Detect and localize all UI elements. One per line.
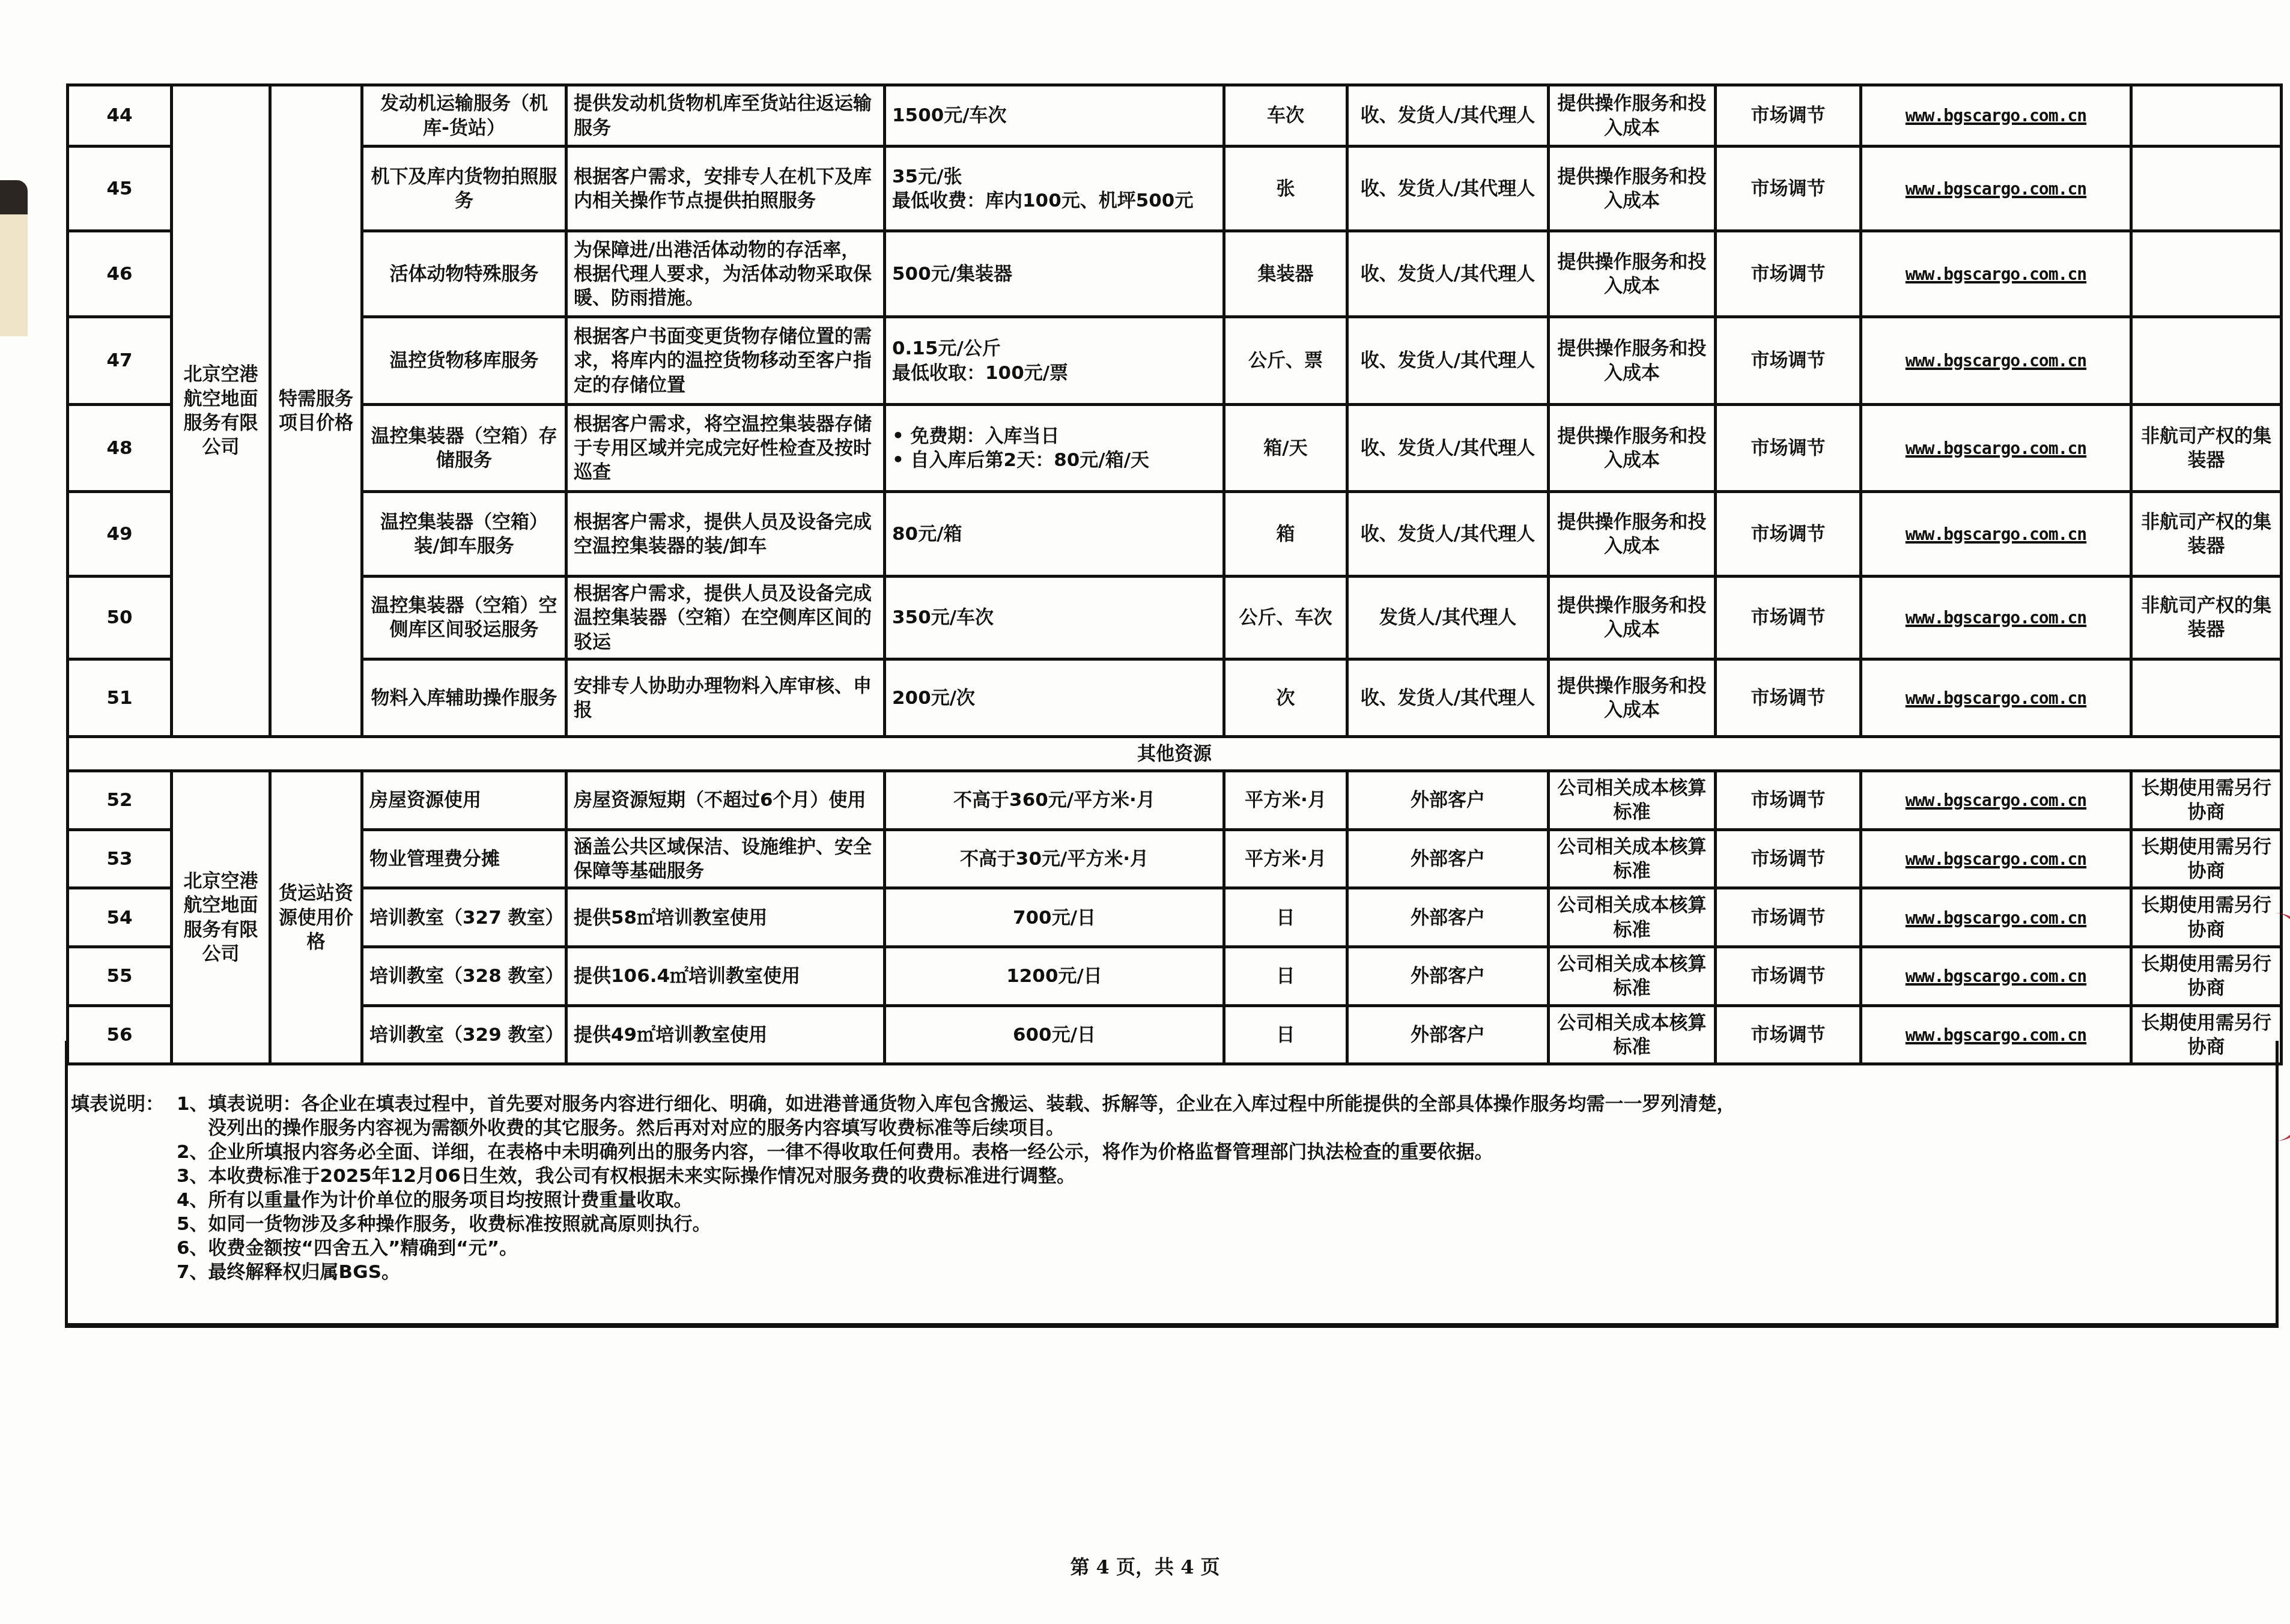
- remark: [2131, 317, 2282, 405]
- note-text: 1、填表说明：各企业在填表过程中，首先要对服务内容进行细化、明确，如进港普通货物…: [177, 1093, 1736, 1115]
- billing-unit: 公斤、票: [1224, 317, 1347, 405]
- service-description: 提供58㎡培训教室使用: [566, 888, 885, 947]
- service-description: 根据客户需求，将空温控集装器存储于专用区域并完成完好性检查及按时巡查: [566, 405, 885, 492]
- payer: 收、发货人/其代理人: [1347, 85, 1549, 147]
- publication-url-cell: www.bgscargo.com.cn: [1861, 947, 2131, 1005]
- note-item: 1、填表说明：各企业在填表过程中，首先要对服务内容进行细化、明确，如进港普通货物…: [177, 1092, 1736, 1140]
- service-description: 安排专人协助办理物料入库审核、申报: [566, 659, 885, 736]
- publication-url-cell: www.bgscargo.com.cn: [1861, 888, 2131, 947]
- price-line: 35元/张: [892, 165, 1216, 189]
- pricing-method: 市场调节: [1716, 317, 1861, 405]
- pricing-method: 市场调节: [1716, 231, 1861, 317]
- price-line: • 免费期：入库当日: [892, 424, 1216, 448]
- payer: 外部客户: [1347, 771, 1549, 830]
- price-line: 1500元/车次: [892, 103, 1216, 127]
- table-row: 55培训教室（328 教室）提供106.4㎡培训教室使用1200元/日日外部客户…: [68, 947, 2282, 1005]
- publication-url-link[interactable]: www.bgscargo.com.cn: [1906, 849, 2086, 869]
- row-number: 52: [68, 771, 172, 830]
- table-row: 54培训教室（327 教室）提供58㎡培训教室使用700元/日日外部客户公司相关…: [68, 888, 2282, 947]
- remark: [2131, 659, 2282, 736]
- notes-list: 1、填表说明：各企业在填表过程中，首先要对服务内容进行细化、明确，如进港普通货物…: [71, 1092, 1736, 1284]
- service-description: 涵盖公共区域保洁、设施维护、安全保障等基础服务: [566, 829, 885, 888]
- publication-url-cell: www.bgscargo.com.cn: [1861, 492, 2131, 577]
- remark: 非航司产权的集装器: [2131, 492, 2282, 577]
- pricing-method: 市场调节: [1716, 888, 1861, 947]
- publication-url-cell: www.bgscargo.com.cn: [1861, 771, 2131, 830]
- price-line: 最低收费：库内100元、机坪500元: [892, 189, 1216, 213]
- row-number: 47: [68, 317, 172, 405]
- payer: 外部客户: [1347, 888, 1549, 947]
- row-number: 48: [68, 405, 172, 492]
- service-name: 温控货物移库服务: [362, 317, 566, 405]
- notes-label: 填表说明：: [71, 1092, 164, 1116]
- publication-url-link[interactable]: www.bgscargo.com.cn: [1906, 966, 2086, 986]
- table-row: 48温控集装器（空箱）存储服务根据客户需求，将空温控集装器存储于专用区域并完成完…: [68, 405, 2282, 492]
- billing-unit: 车次: [1224, 85, 1347, 147]
- pricing-method: 市场调节: [1716, 771, 1861, 830]
- payer: 外部客户: [1347, 947, 1549, 1005]
- publication-url-link[interactable]: www.bgscargo.com.cn: [1906, 608, 2086, 628]
- price: 不高于30元/平方米·月: [885, 829, 1224, 888]
- service-name: 培训教室（327 教室）: [362, 888, 566, 947]
- price: • 免费期：入库当日• 自入库后第2天：80元/箱/天: [885, 405, 1224, 492]
- note-item: 6、收费金额按“四舍五入”精确到“元”。: [177, 1236, 1736, 1260]
- service-name: 温控集装器（空箱）装/卸车服务: [362, 492, 566, 577]
- table-row: 50温控集装器（空箱）空侧库区间驳运服务根据客户需求，提供人员及设备完成温控集装…: [68, 577, 2282, 659]
- service-description: 提供106.4㎡培训教室使用: [566, 947, 885, 1005]
- publication-url-link[interactable]: www.bgscargo.com.cn: [1906, 106, 2086, 126]
- publication-url-cell: www.bgscargo.com.cn: [1861, 317, 2131, 405]
- publication-url-link[interactable]: www.bgscargo.com.cn: [1906, 438, 2086, 458]
- price: 700元/日: [885, 888, 1224, 947]
- service-description: 根据客户书面变更货物存储位置的需求，将库内的温控货物移动至客户指定的存储位置: [566, 317, 885, 405]
- pricing-method: 市场调节: [1716, 85, 1861, 147]
- special-services-rows: 44北京空港航空地面服务有限公司特需服务项目价格发动机运输服务（机库-货站）提供…: [68, 85, 2282, 737]
- publication-url-link[interactable]: www.bgscargo.com.cn: [1906, 790, 2086, 810]
- service-category: 货运站资源使用价格: [270, 771, 362, 1064]
- binder-clip: [0, 180, 28, 336]
- remark: [2131, 147, 2282, 231]
- service-name: 温控集装器（空箱）存储服务: [362, 405, 566, 492]
- note-text: 6、收费金额按“四舍五入”精确到“元”。: [177, 1237, 518, 1259]
- publication-url-link[interactable]: www.bgscargo.com.cn: [1906, 908, 2086, 928]
- pricing-basis: 提供操作服务和投入成本: [1549, 405, 1716, 492]
- price-line: 80元/箱: [892, 522, 1216, 546]
- remark: 长期使用需另行协商: [2131, 829, 2282, 888]
- service-category: 特需服务项目价格: [270, 85, 362, 737]
- payer: 收、发货人/其代理人: [1347, 492, 1549, 577]
- section-header-row: 其他资源: [68, 736, 2282, 771]
- price: 1200元/日: [885, 947, 1224, 1005]
- service-name: 物料入库辅助操作服务: [362, 659, 566, 736]
- publication-url-link[interactable]: www.bgscargo.com.cn: [1906, 524, 2086, 544]
- remark: [2131, 85, 2282, 147]
- price: 35元/张最低收费：库内100元、机坪500元: [885, 147, 1224, 231]
- payer: 发货人/其代理人: [1347, 577, 1549, 659]
- billing-unit: 箱/天: [1224, 405, 1347, 492]
- price-line: 200元/次: [892, 686, 1216, 710]
- billing-unit: 平方米·月: [1224, 771, 1347, 830]
- billing-unit: 日: [1224, 947, 1347, 1005]
- note-item: 2、企业所填报内容务必全面、详细，在表格中未明确列出的服务内容，一律不得收取任何…: [177, 1140, 1736, 1164]
- pricing-basis: 提供操作服务和投入成本: [1549, 231, 1716, 317]
- remark: 非航司产权的集装器: [2131, 577, 2282, 659]
- price-line: 350元/车次: [892, 605, 1216, 629]
- row-number: 44: [68, 85, 172, 147]
- publication-url-link[interactable]: www.bgscargo.com.cn: [1906, 179, 2086, 199]
- service-description: 根据客户需求，提供人员及设备完成温控集装器（空箱）在空侧库区间的驳运: [566, 577, 885, 659]
- row-number: 53: [68, 829, 172, 888]
- price: 不高于360元/平方米·月: [885, 771, 1224, 830]
- payer: 收、发货人/其代理人: [1347, 147, 1549, 231]
- table-row: 47温控货物移库服务根据客户书面变更货物存储位置的需求，将库内的温控货物移动至客…: [68, 317, 2282, 405]
- pricing-basis: 提供操作服务和投入成本: [1549, 659, 1716, 736]
- service-description: 提供发动机货物机库至货站往返运输服务: [566, 85, 885, 147]
- pricing-basis: 提供操作服务和投入成本: [1549, 577, 1716, 659]
- company-name: 北京空港航空地面服务有限公司: [172, 85, 270, 737]
- service-description: 根据客户需求，提供人员及设备完成空温控集装器的装/卸车: [566, 492, 885, 577]
- service-name: 活体动物特殊服务: [362, 231, 566, 317]
- row-number: 46: [68, 231, 172, 317]
- pricing-method: 市场调节: [1716, 147, 1861, 231]
- publication-url-cell: www.bgscargo.com.cn: [1861, 659, 2131, 736]
- note-item: 7、最终解释权归属BGS。: [177, 1260, 1736, 1284]
- publication-url-link[interactable]: www.bgscargo.com.cn: [1906, 351, 2086, 371]
- service-description: 房屋资源短期（不超过6个月）使用: [566, 771, 885, 830]
- price: 80元/箱: [885, 492, 1224, 577]
- note-text: 3、本收费标准于2025年12月06日生效，我公司有权根据未来实际操作情况对服务…: [177, 1165, 1075, 1187]
- pricing-basis: 公司相关成本核算标准: [1549, 771, 1716, 830]
- service-name: 房屋资源使用: [362, 771, 566, 830]
- note-item: 3、本收费标准于2025年12月06日生效，我公司有权根据未来实际操作情况对服务…: [177, 1164, 1736, 1188]
- note-item: 5、如同一货物涉及多种操作服务，收费标准按照就高原则执行。: [177, 1212, 1736, 1236]
- billing-unit: 日: [1224, 888, 1347, 947]
- section-title-other-resources: 其他资源: [68, 736, 2282, 771]
- red-seal-stamp: [2230, 913, 2290, 1141]
- payer: 外部客户: [1347, 829, 1549, 888]
- row-number: 50: [68, 577, 172, 659]
- price: 0.15元/公斤最低收取：100元/票: [885, 317, 1224, 405]
- service-description: 为保障进/出港活体动物的存活率，根据代理人要求，为活体动物采取保暖、防雨措施。: [566, 231, 885, 317]
- remark: 非航司产权的集装器: [2131, 405, 2282, 492]
- payer: 收、发货人/其代理人: [1347, 231, 1549, 317]
- resource-rows: 52北京空港航空地面服务有限公司货运站资源使用价格房屋资源使用房屋资源短期（不超…: [68, 771, 2282, 1064]
- price: 1500元/车次: [885, 85, 1224, 147]
- pricing-method: 市场调节: [1716, 577, 1861, 659]
- row-number: 49: [68, 492, 172, 577]
- pricing-method: 市场调节: [1716, 947, 1861, 1005]
- billing-unit: 公斤、车次: [1224, 577, 1347, 659]
- service-name: 发动机运输服务（机库-货站）: [362, 85, 566, 147]
- billing-unit: 集装器: [1224, 231, 1347, 317]
- note-text: 7、最终解释权归属BGS。: [177, 1261, 400, 1283]
- payer: 收、发货人/其代理人: [1347, 405, 1549, 492]
- payer: 收、发货人/其代理人: [1347, 317, 1549, 405]
- price: 500元/集装器: [885, 231, 1224, 317]
- table-row: 49温控集装器（空箱）装/卸车服务根据客户需求，提供人员及设备完成空温控集装器的…: [68, 492, 2282, 577]
- remark: 长期使用需另行协商: [2131, 771, 2282, 830]
- price-line: • 自入库后第2天：80元/箱/天: [892, 448, 1216, 472]
- price-table: 44北京空港航空地面服务有限公司特需服务项目价格发动机运输服务（机库-货站）提供…: [66, 83, 2283, 1065]
- row-number: 45: [68, 147, 172, 231]
- publication-url-cell: www.bgscargo.com.cn: [1861, 829, 2131, 888]
- service-name: 培训教室（328 教室）: [362, 947, 566, 1005]
- table-row: 45机下及库内货物拍照服务根据客户需求，安排专人在机下及库内相关操作节点提供拍照…: [68, 147, 2282, 231]
- pricing-basis: 提供操作服务和投入成本: [1549, 147, 1716, 231]
- payer: 收、发货人/其代理人: [1347, 659, 1549, 736]
- publication-url-cell: www.bgscargo.com.cn: [1861, 231, 2131, 317]
- pricing-method: 市场调节: [1716, 492, 1861, 577]
- publication-url-cell: www.bgscargo.com.cn: [1861, 85, 2131, 147]
- billing-unit: 张: [1224, 147, 1347, 231]
- pricing-basis: 提供操作服务和投入成本: [1549, 492, 1716, 577]
- billing-unit: 次: [1224, 659, 1347, 736]
- remark: [2131, 231, 2282, 317]
- price-line: 500元/集装器: [892, 262, 1216, 286]
- note-text: 5、如同一货物涉及多种操作服务，收费标准按照就高原则执行。: [177, 1213, 711, 1235]
- publication-url-link[interactable]: www.bgscargo.com.cn: [1906, 264, 2086, 284]
- scanned-page: 44北京空港航空地面服务有限公司特需服务项目价格发动机运输服务（机库-货站）提供…: [0, 0, 2290, 1624]
- row-number: 51: [68, 659, 172, 736]
- note-text: 2、企业所填报内容务必全面、详细，在表格中未明确列出的服务内容，一律不得收取任何…: [177, 1141, 1493, 1163]
- publication-url-cell: www.bgscargo.com.cn: [1861, 577, 2131, 659]
- publication-url-cell: www.bgscargo.com.cn: [1861, 147, 2131, 231]
- pricing-basis: 公司相关成本核算标准: [1549, 947, 1716, 1005]
- table-row: 52北京空港航空地面服务有限公司货运站资源使用价格房屋资源使用房屋资源短期（不超…: [68, 771, 2282, 830]
- notes: 填表说明： 1、填表说明：各企业在填表过程中，首先要对服务内容进行细化、明确，如…: [71, 1092, 1736, 1284]
- table-row: 53物业管理费分摊涵盖公共区域保洁、设施维护、安全保障等基础服务不高于30元/平…: [68, 829, 2282, 888]
- pricing-basis: 公司相关成本核算标准: [1549, 829, 1716, 888]
- table-row: 46活体动物特殊服务为保障进/出港活体动物的存活率，根据代理人要求，为活体动物采…: [68, 231, 2282, 317]
- pricing-method: 市场调节: [1716, 405, 1861, 492]
- pricing-basis: 公司相关成本核算标准: [1549, 888, 1716, 947]
- service-name: 机下及库内货物拍照服务: [362, 147, 566, 231]
- price-line: 最低收取：100元/票: [892, 361, 1216, 385]
- table-row: 44北京空港航空地面服务有限公司特需服务项目价格发动机运输服务（机库-货站）提供…: [68, 85, 2282, 147]
- service-description: 根据客户需求，安排专人在机下及库内相关操作节点提供拍照服务: [566, 147, 885, 231]
- table-row: 51物料入库辅助操作服务安排专人协助办理物料入库审核、申报200元/次次收、发货…: [68, 659, 2282, 736]
- company-name: 北京空港航空地面服务有限公司: [172, 771, 270, 1064]
- price: 200元/次: [885, 659, 1224, 736]
- service-name: 物业管理费分摊: [362, 829, 566, 888]
- publication-url-link[interactable]: www.bgscargo.com.cn: [1906, 688, 2086, 708]
- billing-unit: 平方米·月: [1224, 829, 1347, 888]
- price-line: 0.15元/公斤: [892, 336, 1216, 360]
- pricing-basis: 提供操作服务和投入成本: [1549, 85, 1716, 147]
- note-continuation: 没列出的操作服务内容视为需额外收费的其它服务。然后再对对应的服务内容填写收费标准…: [177, 1116, 1736, 1140]
- row-number: 55: [68, 947, 172, 1005]
- billing-unit: 箱: [1224, 492, 1347, 577]
- note-item: 4、所有以重量作为计价单位的服务项目均按照计费重量收取。: [177, 1188, 1736, 1212]
- pricing-basis: 提供操作服务和投入成本: [1549, 317, 1716, 405]
- pricing-method: 市场调节: [1716, 659, 1861, 736]
- page-footer: 第 4 页，共 4 页: [0, 1552, 2290, 1580]
- note-text: 4、所有以重量作为计价单位的服务项目均按照计费重量收取。: [177, 1189, 693, 1211]
- price: 350元/车次: [885, 577, 1224, 659]
- publication-url-cell: www.bgscargo.com.cn: [1861, 405, 2131, 492]
- pricing-method: 市场调节: [1716, 829, 1861, 888]
- row-number: 54: [68, 888, 172, 947]
- service-name: 温控集装器（空箱）空侧库区间驳运服务: [362, 577, 566, 659]
